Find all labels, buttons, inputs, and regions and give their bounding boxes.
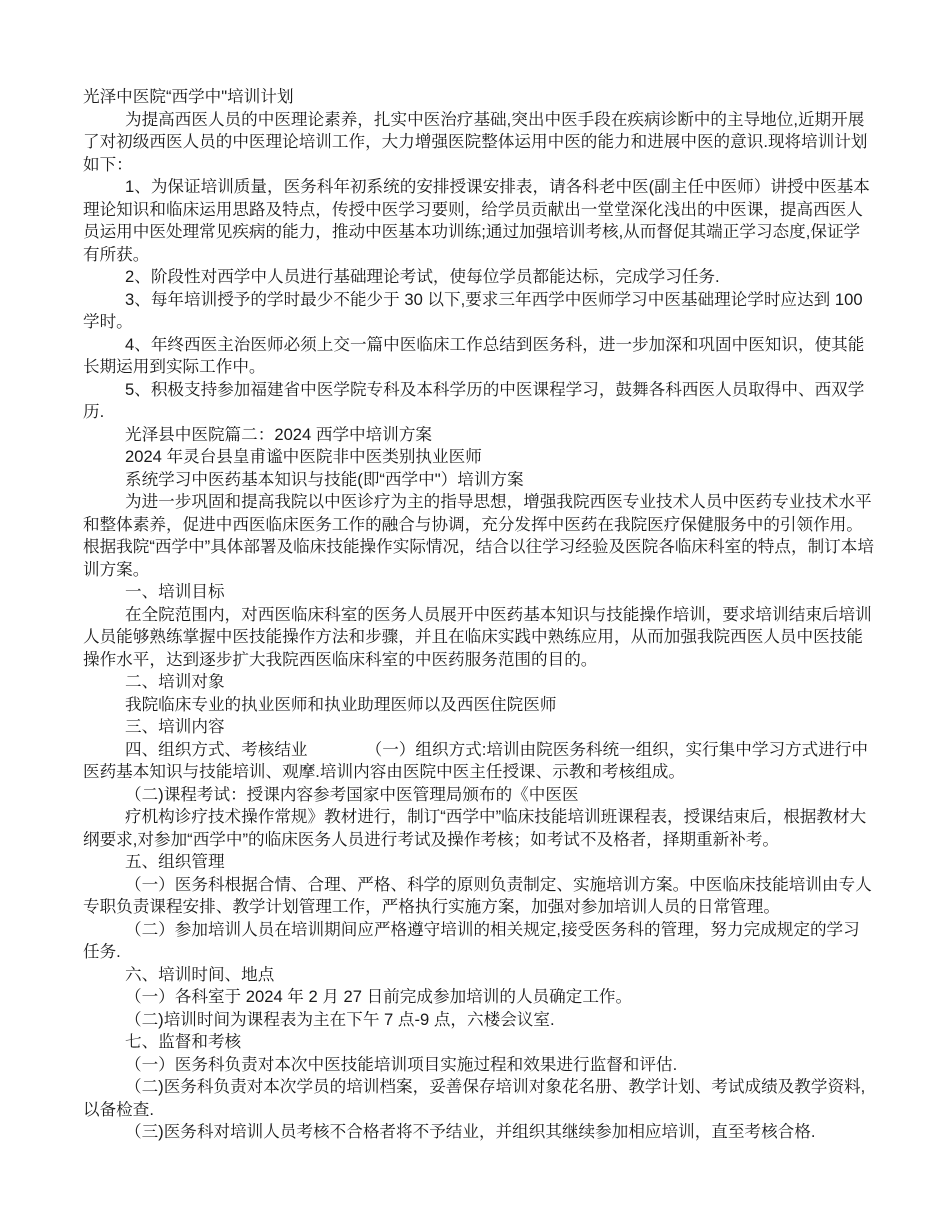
section-7-item-2: （二)医务科负责对本次学员的培训档案，妥善保存培训对象花名册、教学计划、考试成绩… [83, 1076, 874, 1121]
section-1-heading: 一、培训目标 [83, 581, 874, 604]
numbered-item-3: 3、每年培训授予的学时最少不能少于 30 以下,要求三年西学中医师学习中医基础理… [83, 289, 874, 334]
section-6-item-1: （一）各科室于 2024 年 2 月 27 日前完成参加培训的人员确定工作。 [83, 986, 874, 1009]
section-4-heading-item-1: 四、组织方式、考核结业 （一）组织方式:培训由院医务科统一组织，实行集中学习方式… [83, 739, 874, 784]
section-2-heading: 二、培训对象 [83, 671, 874, 694]
document-title: 光泽中医院“西学中"培训计划 [83, 86, 874, 109]
section-6-heading: 六、培训时间、地点 [83, 964, 874, 987]
part2-intro: 为进一步巩固和提高我院以中医诊疗为主的指导思想，增强我院西医专业技术人员中医药专… [83, 491, 874, 581]
part2-subtitle-1: 2024 年灵台县皇甫谧中医院非中医类别执业医师 [83, 446, 874, 469]
section-1-body: 在全院范围内，对西医临床科室的医务人员展开中医药基本知识与技能操作培训，要求培训… [83, 604, 874, 672]
part2-heading: 光泽县中医院篇二：2024 西学中培训方案 [83, 424, 874, 447]
numbered-item-4: 4、年终西医主治医师必须上交一篇中医临床工作总结到医务科，进一步加深和巩固中医知… [83, 334, 874, 379]
section-3-heading: 三、培训内容 [83, 716, 874, 739]
part2-subtitle-2: 系统学习中医药基本知识与技能(即“西学中"）培训方案 [83, 469, 874, 492]
numbered-item-1: 1、为保证培训质量，医务科年初系统的安排授课安排表，请各科老中医(副主任中医师）… [83, 176, 874, 266]
section-5-item-1: （一）医务科根据合情、合理、严格、科学的原则负责制定、实施培训方案。中医临床技能… [83, 874, 874, 919]
section-4-item-2a: （二)课程考试：授课内容参考国家中医管理局颁布的《中医医 [83, 784, 874, 807]
document-page: 光泽中医院“西学中"培训计划为提高西医人员的中医理论素养，扎实中医治疗基础,突出… [0, 0, 950, 1230]
document-body: 光泽中医院“西学中"培训计划为提高西医人员的中医理论素养，扎实中医治疗基础,突出… [83, 86, 874, 1144]
section-7-item-3: （三)医务科对培训人员考核不合格者将不予结业，并组织其继续参加相应培训，直至考核… [83, 1121, 874, 1144]
numbered-item-2: 2、阶段性对西学中人员进行基础理论考试，使每位学员都能达标，完成学习任务. [83, 266, 874, 289]
section-4-item-2b: 疗机构诊疗技术操作常规》教材进行，制订“西学中”临床技能培训班课程表，授课结束后… [83, 806, 874, 851]
numbered-item-5: 5、积极支持参加福建省中医学院专科及本科学历的中医课程学习，鼓舞各科西医人员取得… [83, 379, 874, 424]
section-5-item-2: （二）参加培训人员在培训期间应严格遵守培训的相关规定,接受医务科的管理，努力完成… [83, 919, 874, 964]
section-5-heading: 五、组织管理 [83, 851, 874, 874]
section-7-heading: 七、监督和考核 [83, 1031, 874, 1054]
intro-paragraph: 为提高西医人员的中医理论素养，扎实中医治疗基础,突出中医手段在疾病诊断中的主导地… [83, 109, 874, 177]
section-2-body: 我院临床专业的执业医师和执业助理医师以及西医住院医师 [83, 694, 874, 717]
section-6-item-2: （二)培训时间为课程表为主在下午 7 点-9 点，六楼会议室. [83, 1009, 874, 1032]
section-7-item-1: （一）医务科负责对本次中医技能培训项目实施过程和效果进行监督和评估. [83, 1054, 874, 1077]
